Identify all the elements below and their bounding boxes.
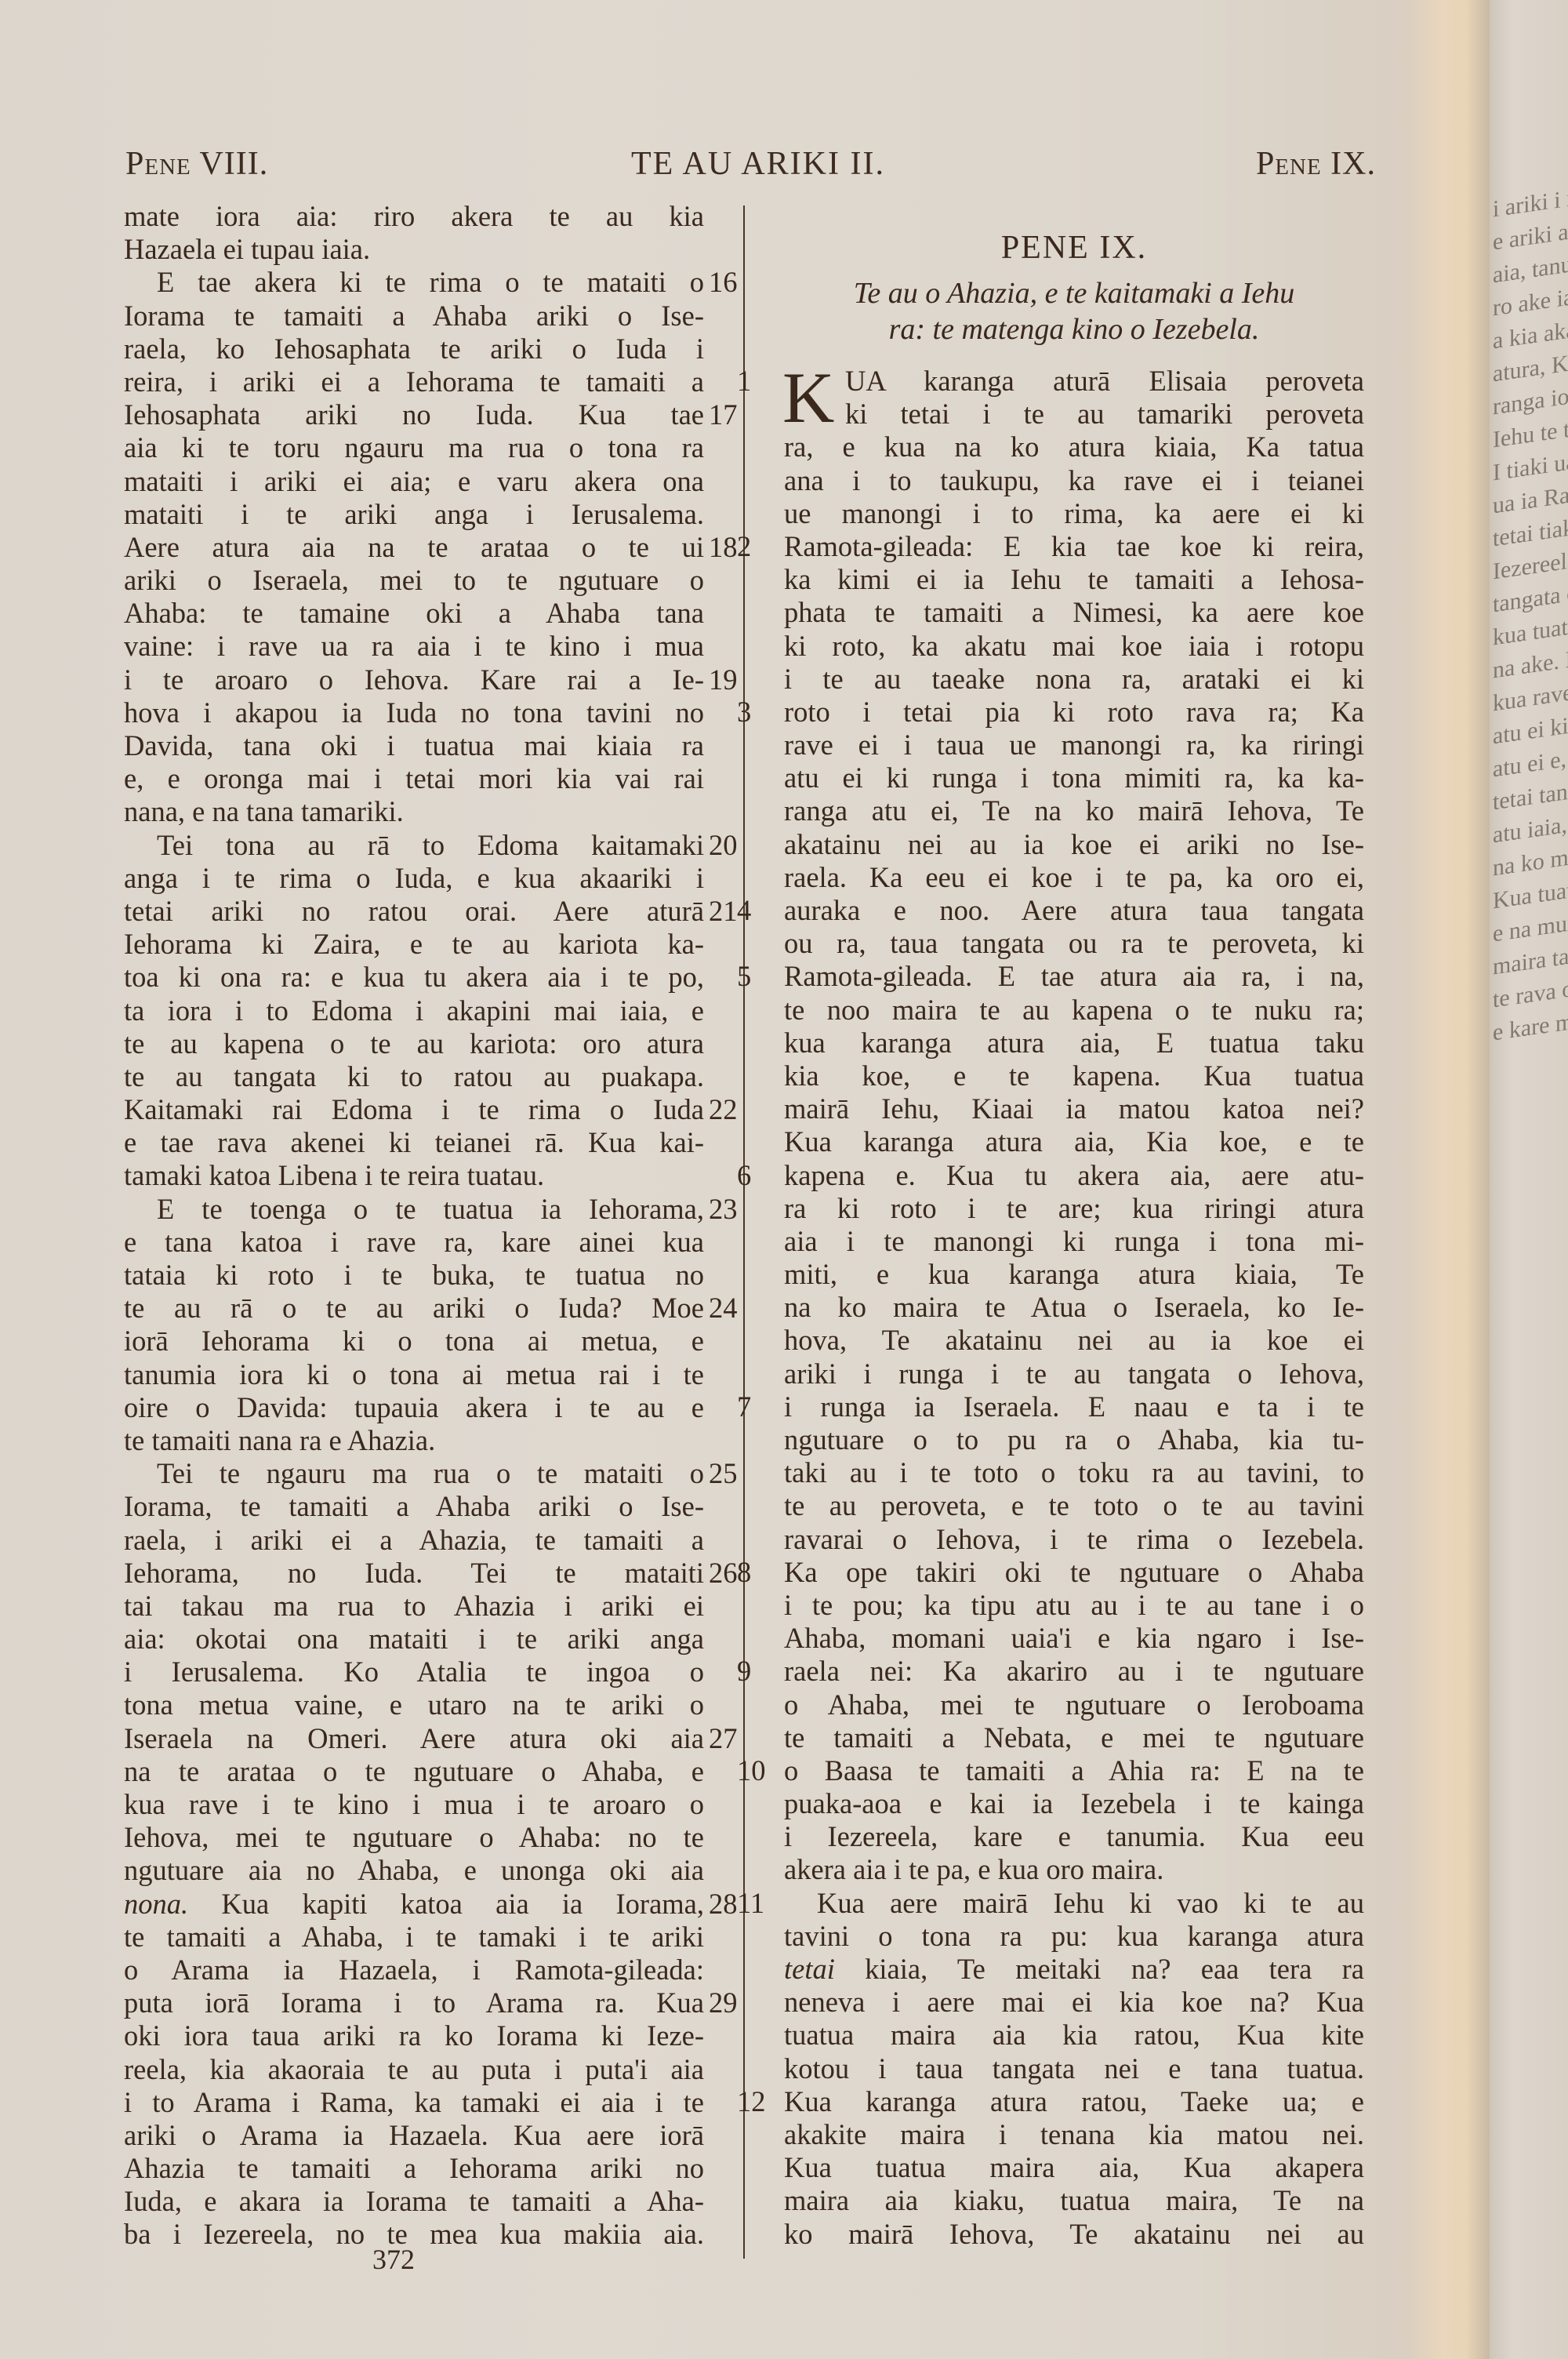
text-line: ra ki roto i te are; kua riringi atura — [784, 1192, 1364, 1225]
verse-number: 25 — [709, 1457, 753, 1490]
text-line: Iorama te tamaiti a Ahaba ariki o Ise- — [124, 300, 704, 333]
text-line: ariki o Iseraela, mei to te ngutuare o — [124, 564, 704, 597]
text-line: Aere atura aia na te arataa o te ui18 — [124, 531, 704, 564]
text-line: tetai ariki no ratou orai. Aere aturā21 — [124, 895, 704, 928]
text-line: e, e oronga mai i tetai mori kia vai rai — [124, 762, 704, 795]
verse-number: 3 — [737, 696, 773, 729]
text-line: o Ahaba, mei te ngutuare o Ieroboama — [784, 1688, 1364, 1721]
verse-number: 8 — [737, 1556, 773, 1589]
verse-number: 7 — [737, 1390, 773, 1423]
text-line: ko mairā Iehova, Te akatainu nei au — [784, 2218, 1364, 2251]
verse-number: 24 — [709, 1292, 753, 1325]
text-line: Tei te ngauru ma rua o te mataiti o25 — [124, 1457, 704, 1490]
text-line: E tae akera ki te rima o te mataiti o16 — [124, 266, 704, 299]
text-line: nona. Kua kapiti katoa aia ia Iorama,28 — [124, 1888, 704, 1921]
text-line: hova i akapou ia Iuda no tona tavini no — [124, 696, 704, 729]
text-line: Ka ope takiri oki te ngutuare o Ahaba8 — [784, 1556, 1364, 1589]
text-line: taki au i te toto o toku ra au tavini, t… — [784, 1456, 1364, 1489]
text-line: raela. Ka eeu ei koe i te pa, ka oro ei, — [784, 861, 1364, 894]
text-line: Kua aere mairā Iehu ki vao ki te au11 — [784, 1887, 1364, 1920]
text-line: e tae rava akenei ki teianei rā. Kua kai… — [124, 1126, 704, 1159]
text-line: maira aia kiaku, tuatua maira, Te na — [784, 2184, 1364, 2217]
right-text-column: PENE IX. Te au o Ahazia, e te kaitamaki … — [784, 200, 1364, 2251]
running-head-book-title: TE AU ARIKI II. — [631, 145, 885, 183]
text-line: ngutuare o to pu ra o Ahaba, kia tu- — [784, 1423, 1364, 1456]
text-line: tanumia iora ki o tona ai metua rai i te — [124, 1358, 704, 1391]
text-line: te tamaiti nana ra e Ahazia. — [124, 1424, 704, 1457]
text-line: ka kimi ei ia Iehu te tamaiti a Iehosa- — [784, 563, 1364, 596]
text-line: Ramota-gileada: E kia tae koe ki reira,2 — [784, 530, 1364, 563]
text-line: Iehosaphata ariki no Iuda. Kua tae17 — [124, 398, 704, 431]
text-line: raela nei: Ka akariro au i te ngutuare9 — [784, 1655, 1364, 1688]
text-line: rave ei i taua ue manongi ra, ka riringi — [784, 729, 1364, 761]
verse-number: 19 — [709, 663, 753, 696]
text-line: iorā Iehorama ki o tona ai metua, e — [124, 1325, 704, 1358]
text-line: oire o Davida: tupauia akera i te au e — [124, 1391, 704, 1424]
verse-number: 4 — [737, 894, 773, 927]
text-line: mataiti i te ariki anga i Ierusalema. — [124, 498, 704, 531]
text-line: ariki o Arama ia Hazaela. Kua aere iorā — [124, 2119, 704, 2152]
text-line: auraka e noo. Aere atura taua tangata4 — [784, 894, 1364, 927]
text-line: i runga ia Iseraela. E naau e ta i te7 — [784, 1390, 1364, 1423]
text-line: i te aroaro o Iehova. Kare rai a Ie-19 — [124, 663, 704, 696]
text-line: te tamaiti a Nebata, e mei te ngutuare — [784, 1721, 1364, 1754]
text-line: hova, Te akatainu nei au ia koe ei — [784, 1324, 1364, 1357]
text-line: Tei tona au rā to Edoma kaitamaki20 — [124, 829, 704, 862]
text-line: i te pou; ka tipu atu au i te au tane i … — [784, 1589, 1364, 1622]
running-head-right-chapter: Pene IX. — [1256, 145, 1376, 183]
text-line: te au rā o te au ariki o Iuda? Moe24 — [124, 1292, 704, 1325]
text-line: vaine: i rave ua ra aia i te kino i mua — [124, 630, 704, 663]
text-line: na ko maira te Atua o Iseraela, ko Ie- — [784, 1291, 1364, 1324]
text-line: ta iora i to Edoma i akapini mai iaia, e — [124, 994, 704, 1027]
verse-number: 22 — [709, 1093, 753, 1126]
text-line: E te toenga o te tuatua ia Iehorama,23 — [124, 1193, 704, 1226]
text-line: o Arama ia Hazaela, i Ramota-gileada: — [124, 1954, 704, 1986]
italic-word: tetai — [784, 1953, 835, 1985]
text-line: mairā Iehu, Kiaai ia matou katoa nei? — [784, 1092, 1364, 1125]
text-line: ou ra, taua tangata ou ra te peroveta, k… — [784, 927, 1364, 960]
text-line: raela, i ariki ei a Ahazia, te tamaiti a — [124, 1524, 704, 1557]
text-line: Iehorama ki Zaira, e te au kariota ka- — [124, 928, 704, 961]
text-line: Iuda, e akara ia Iorama te tamaiti a Aha… — [124, 2185, 704, 2218]
text-line: Kua karanga atura ratou, Taeke ua; e12 — [784, 2085, 1364, 2118]
verse-number: 1 — [737, 365, 773, 398]
text-line: tai takau ma rua to Ahazia i ariki ei — [124, 1590, 704, 1623]
text-line: UA karanga aturā Elisaia peroveta1 — [784, 365, 1364, 398]
verse-number: 16 — [709, 266, 753, 299]
text-line: i to Arama i Rama, ka tamaki ei aia i te — [124, 2086, 704, 2119]
text-line: aia i te manongi ki runga i tona mi- — [784, 1225, 1364, 1258]
left-text-column: mate iora aia: riro akera te au kiaHazae… — [124, 200, 704, 2252]
text-line: ranga atu ei, Te na ko mairā Iehova, Te — [784, 794, 1364, 827]
text-line: tataia ki roto i te buka, te tuatua no — [124, 1259, 704, 1292]
column-divider-rule — [743, 205, 745, 2259]
text-line: Davida, tana oki i tuatua mai kiaia ra — [124, 729, 704, 762]
text-line: Iseraela na Omeri. Aere atura oki aia27 — [124, 1722, 704, 1755]
text-line: te tamaiti a Ahaba, i te tamaki i te ari… — [124, 1921, 704, 1954]
text-line: akakite maira i tenana kia matou nei. — [784, 2118, 1364, 2151]
text-line: Iehova, mei te ngutuare o Ahaba: no te — [124, 1821, 704, 1854]
text-line: Kua tuatua maira aia, Kua akapera — [784, 2151, 1364, 2184]
text-line: mataiti i ariki ei aia; e varu akera ona — [124, 465, 704, 498]
text-line: te au tangata ki to ratou au puakapa. — [124, 1060, 704, 1093]
text-line: o Baasa te tamaiti a Ahia ra: E na te10 — [784, 1754, 1364, 1787]
running-head: Pene VIII. TE AU ARIKI II. Pene IX. — [125, 145, 1376, 184]
text-line: Hazaela ei tupau iaia. — [124, 233, 704, 266]
adjacent-page-edge: i ariki i runge ariki atura teaia, tanu,… — [1490, 0, 1568, 2359]
text-line: puta iorā Iorama i to Arama ra. Kua29 — [124, 1986, 704, 2019]
verse-number: 9 — [737, 1655, 773, 1688]
text-line: akatainu nei au ia koe ei ariki no Ise- — [784, 828, 1364, 861]
text-line: toa ki ona ra: e kua tu akera aia i te p… — [124, 961, 704, 994]
verse-number: 5 — [737, 960, 773, 993]
verse-number: 20 — [709, 829, 753, 862]
text-line: oki iora taua ariki ra ko Iorama ki Ieze… — [124, 2019, 704, 2052]
verse-number: 17 — [709, 398, 753, 431]
text-line: kua karanga atura aia, E tuatua taku — [784, 1027, 1364, 1060]
verse-number: 11 — [737, 1887, 773, 1920]
text-line: Kaitamaki rai Edoma i te rima o Iuda22 — [124, 1093, 704, 1126]
chapter-heading: PENE IX. — [784, 231, 1364, 275]
book-gutter — [1411, 0, 1490, 2359]
text-line: Iehorama, no Iuda. Tei te mataiti26 — [124, 1557, 704, 1590]
text-line: Ahaba: te tamaine oki a Ahaba tana — [124, 597, 704, 630]
italic-word: nona. — [124, 1888, 188, 1920]
text-line: Iorama, te tamaiti a Ahaba ariki o Ise- — [124, 1490, 704, 1523]
text-line: tamaki katoa Libena i te reira tuatau. — [124, 1159, 704, 1192]
text-line: Ahazia te tamaiti a Iehorama ariki no — [124, 2152, 704, 2185]
chapter-summary-line: ra: te matenga kino o Iezebela. — [784, 311, 1364, 347]
text-line: puaka-aoa e kai ia Iezebela i te kainga — [784, 1787, 1364, 1820]
text-line: aia ki te toru ngauru ma rua o tona ra — [124, 431, 704, 464]
text-line: atu ei ki runga i tona mimiti ra, ka ka- — [784, 761, 1364, 794]
text-line: roto i tetai pia ki roto rava ra; Ka3 — [784, 696, 1364, 729]
text-line: nana, e na tana tamariki. — [124, 795, 704, 828]
text-line: kotou i taua tangata nei e tana tuatua. — [784, 2052, 1364, 2085]
text-line: ki tetai i te au tamariki peroveta — [784, 398, 1364, 431]
text-line: Kua karanga atura aia, Kia koe, e te — [784, 1125, 1364, 1158]
verse-number: 23 — [709, 1193, 753, 1226]
verse-number: 12 — [737, 2085, 773, 2118]
page-number: 372 — [372, 2243, 415, 2276]
chapter-body: K UA karanga aturā Elisaia peroveta1ki t… — [784, 365, 1364, 2251]
text-line: te noo maira te au kapena o te nuku ra; — [784, 994, 1364, 1027]
text-line: i te au taeake nona ra, arataki ei ki — [784, 663, 1364, 696]
text-line: raela, ko Iehosaphata te ariki o Iuda i — [124, 333, 704, 365]
text-line: i Ierusalema. Ko Atalia te ingoa o — [124, 1656, 704, 1688]
text-line: te au kapena o te au kariota: oro atura — [124, 1027, 704, 1060]
text-line: na te arataa o te ngutuare o Ahaba, e — [124, 1755, 704, 1788]
verse-number: 6 — [737, 1159, 773, 1192]
text-line: tuatua maira aia kia ratou, Kua kite — [784, 2019, 1364, 2052]
text-line: te au peroveta, e te toto o te au tavini — [784, 1489, 1364, 1522]
text-line: reira, i ariki ei a Iehorama te tamaiti … — [124, 365, 704, 398]
text-line: ravarai o Iehova, i te rima o Iezebela. — [784, 1523, 1364, 1556]
text-line: aia: okotai ona mataiti i te ariki anga — [124, 1623, 704, 1656]
text-line: ana i to taukupu, ka rave ei i teianei — [784, 464, 1364, 497]
text-line: i Iezereela, kare e tanumia. Kua eeu — [784, 1820, 1364, 1853]
text-line: miti, e kua karanga atura kiaia, Te — [784, 1258, 1364, 1291]
text-line: tavini o tona ra pu: kua karanga atura — [784, 1920, 1364, 1953]
text-line: kapena e. Kua tu akera aia, aere atu-6 — [784, 1159, 1364, 1192]
text-line: akera aia i te pa, e kua oro maira. — [784, 1853, 1364, 1886]
text-line: tona metua vaine, e utaro na te ariki o — [124, 1688, 704, 1721]
text-line: kia koe, e te kapena. Kua tuatua — [784, 1060, 1364, 1092]
text-line: Ramota-gileada. E tae atura aia ra, i na… — [784, 960, 1364, 993]
text-line: ki roto, ka akatu mai koe iaia i rotopu — [784, 630, 1364, 663]
text-line: anga i te rima o Iuda, e kua akaariki i — [124, 862, 704, 895]
text-line: e tana katoa i rave ra, kare ainei kua — [124, 1226, 704, 1259]
text-line: Ahaba, momani uaia'i e kia ngaro i Ise- — [784, 1622, 1364, 1655]
text-line: ra, e kua na ko atura kiaia, Ka tatua — [784, 431, 1364, 463]
chapter-summary-line: Te au o Ahazia, e te kaitamaki a Iehu — [784, 275, 1364, 311]
text-line: mate iora aia: riro akera te au kia — [124, 200, 704, 233]
text-line: kua rave i te kino i mua i te aroaro o — [124, 1788, 704, 1821]
verse-number: 2 — [737, 530, 773, 563]
verse-number: 10 — [737, 1754, 773, 1787]
text-line: reela, kia akaoraia te au puta i puta'i … — [124, 2053, 704, 2086]
text-line: phata te tamaiti a Nimesi, ka aere koe — [784, 596, 1364, 629]
text-line: ariki i runga i te au tangata o Iehova, — [784, 1358, 1364, 1390]
verse-number: 29 — [709, 1986, 753, 2019]
text-line: ngutuare aia no Ahaba, e unonga oki aia — [124, 1854, 704, 1887]
text-line: neneva i aere mai ei kia koe na? Kua — [784, 1986, 1364, 2019]
text-line: ue manongi i to rima, ka aere ei ki — [784, 497, 1364, 530]
chapter-summary: Te au o Ahazia, e te kaitamaki a Iehu ra… — [784, 275, 1364, 347]
verse-number: 27 — [709, 1722, 753, 1755]
text-line: tetai kiaia, Te meitaki na? eaa tera ra — [784, 1953, 1364, 1986]
running-head-left-chapter: Pene VIII. — [125, 145, 268, 183]
